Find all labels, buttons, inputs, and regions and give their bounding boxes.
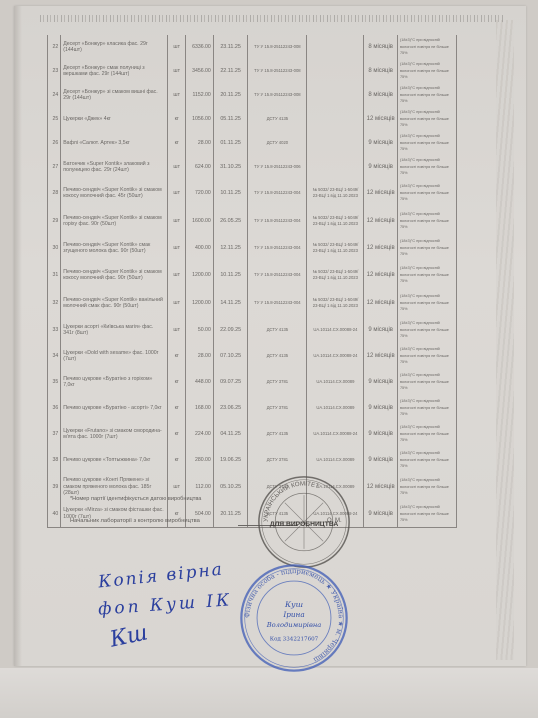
cell-storage-conditions: (18±3)°С при відносній вологості повітря…	[397, 261, 456, 289]
svg-text:ДЛЯ ВИРОБНИЦТВА: ДЛЯ ВИРОБНИЦТВА	[270, 521, 339, 528]
cell-standard: ТУ У 15.8-25112243-004	[248, 207, 307, 235]
cell-shelf-life: 12 місяців	[364, 289, 398, 317]
batch-footnote: *Номер партії ідентифікується датою виро…	[70, 496, 201, 502]
cell-certificate: № 5032/ 23-ВЦ/ 1-5049/ 23-ВЦ/ 1 від 11.1…	[307, 289, 364, 317]
cell-shelf-life: 12 місяців	[364, 207, 398, 235]
cell-standard: ТУ У 15.8-25112243-008	[248, 59, 307, 83]
cell-row-number: 37	[48, 421, 61, 447]
cell-unit: шт	[168, 207, 186, 235]
cell-production-date: 20.11.25	[213, 501, 248, 527]
cell-standard: ТУ У 15.8-25112243-008	[248, 83, 307, 107]
cell-row-number: 29	[48, 207, 61, 235]
cell-row-number: 39	[48, 473, 61, 501]
cell-certificate: UA.10114.CX.00089	[307, 395, 364, 421]
cell-storage-conditions: (18±3)°С при відносній вологості повітря…	[397, 289, 456, 317]
table-row: 37Цукерки «Frutano» зі смаком смородина-…	[48, 421, 457, 447]
cell-unit: шт	[168, 261, 186, 289]
cell-row-number: 22	[48, 35, 61, 59]
cell-storage-conditions: (18±3)°С при відносній вологості повітря…	[397, 155, 456, 179]
table-row: 26Вафлі «Салют. Артек» 3,5кгкг28.0001.11…	[48, 131, 457, 155]
cell-product-name: Печиво цукрове «Топтыжкина» 7,0кг	[61, 447, 168, 473]
cell-standard: ТУ У 15.8-25112243-004	[248, 289, 307, 317]
cell-storage-conditions: (18±3)°С при відносній вологості повітря…	[397, 421, 456, 447]
cell-standard: ДСТУ 4135	[248, 343, 307, 369]
svg-text:УКРАЇНСЬКИЙ КОМІТЕТ: УКРАЇНСЬКИЙ КОМІТЕТ	[262, 480, 320, 522]
cell-shelf-life: 12 місяців	[364, 107, 398, 131]
cell-standard: ДСТУ 4135	[248, 107, 307, 131]
cell-standard: ТУ У 15.8-25112243-004	[248, 179, 307, 207]
cell-shelf-life: 9 місяців	[364, 395, 398, 421]
cell-production-date: 05.11.25	[213, 107, 248, 131]
table-row: 24Десерт «Бонжур» зі смаком вишні фас. 2…	[48, 83, 457, 107]
cell-row-number: 26	[48, 131, 61, 155]
table-row: 28Печиво-сендвіч «Super Kontik» зі смако…	[48, 179, 457, 207]
signature-label: Начальник лабораторії з контролю виробни…	[70, 518, 200, 524]
cell-storage-conditions: (18±3)°С при відносній вологості повітря…	[397, 207, 456, 235]
cell-row-number: 33	[48, 317, 61, 343]
cell-certificate: № 5032/ 23-ВЦ/ 1-5049/ 23-ВЦ/ 1 від 11.1…	[307, 261, 364, 289]
cell-row-number: 34	[48, 343, 61, 369]
background-surface	[0, 668, 538, 718]
cell-unit: шт	[168, 235, 186, 261]
cell-certificate: UA.10114.CX.00089	[307, 369, 364, 395]
cell-storage-conditions: (18±3)°С при відносній вологості повітря…	[397, 369, 456, 395]
cell-quantity: 28.00	[186, 131, 213, 155]
cell-standard: ТУ У 15.8-25112243-004	[248, 261, 307, 289]
cell-certificate	[307, 83, 364, 107]
cell-product-name: Батончик «Super Kontik» злаковий з полун…	[61, 155, 168, 179]
cell-standard: ТУ У 15.8-25112243-004	[248, 235, 307, 261]
cell-quantity: 1600.00	[186, 207, 213, 235]
cell-row-number: 27	[48, 155, 61, 179]
cell-quantity: 720.00	[186, 179, 213, 207]
table-row: 29Печиво-сендвіч «Super Kontik» зі смако…	[48, 207, 457, 235]
cell-unit: кг	[168, 395, 186, 421]
cell-certificate	[307, 35, 364, 59]
cell-storage-conditions: (18±3)°С при відносній вологості повітря…	[397, 235, 456, 261]
cell-quantity: 168.00	[186, 395, 213, 421]
cell-unit: шт	[168, 83, 186, 107]
cell-quantity: 6336.00	[186, 35, 213, 59]
cell-product-name: Печиво цукрове «Буратіно - асорті» 7,0кг	[61, 395, 168, 421]
cell-unit: шт	[168, 155, 186, 179]
cell-shelf-life: 12 місяців	[364, 343, 398, 369]
cell-storage-conditions: (18±3)°С при відносній вологості повітря…	[397, 501, 456, 527]
cell-shelf-life: 9 місяців	[364, 447, 398, 473]
table-row: 35Печиво цукрове «Буратіно з горіхом» 7,…	[48, 369, 457, 395]
cell-product-name: Печиво-сендвіч «Super Kontik» ванільний …	[61, 289, 168, 317]
cell-production-date: 07.10.25	[213, 343, 248, 369]
cell-production-date: 20.11.25	[213, 83, 248, 107]
svg-text:Куш: Куш	[284, 600, 303, 609]
cell-standard: ДСТУ 4135	[248, 421, 307, 447]
cell-production-date: 19.06.25	[213, 447, 248, 473]
cell-shelf-life: 9 місяців	[364, 421, 398, 447]
cell-storage-conditions: (18±3)°С при відносній вологості повітря…	[397, 83, 456, 107]
table-row: 23Десерт «Бонжур» смак полуниці з вершка…	[48, 59, 457, 83]
svg-text:Код 3342217607: Код 3342217607	[270, 636, 319, 642]
cell-quantity: 1056.00	[186, 107, 213, 131]
lab-stamp-icon: УКРАЇНСЬКИЙ КОМІТЕТ ДЛЯ ВИРОБНИЦТВА	[256, 474, 352, 570]
cell-storage-conditions: (18±3)°С при відносній вологості повітря…	[397, 447, 456, 473]
cell-product-name: Десерт «Бонжур» класика фас. 29г (144шт)	[61, 35, 168, 59]
table-row: 22Десерт «Бонжур» класика фас. 29г (144ш…	[48, 35, 457, 59]
cell-unit: шт	[168, 59, 186, 83]
cell-row-number: 25	[48, 107, 61, 131]
cell-unit: кг	[168, 107, 186, 131]
page-edge-shadow	[14, 6, 22, 666]
cell-shelf-life: 9 місяців	[364, 501, 398, 527]
cell-row-number: 38	[48, 447, 61, 473]
cell-production-date: 09.07.25	[213, 369, 248, 395]
fop-stamp-icon: Фізична особа - підприємець ★ Україна ★ …	[238, 562, 350, 674]
cell-standard: ДСТУ 3781	[248, 447, 307, 473]
cell-storage-conditions: (18±3)°С при відносній вологості повітря…	[397, 473, 456, 501]
table-row: 30Печиво-сендвіч «Super Kontik» смак згу…	[48, 235, 457, 261]
cell-row-number: 32	[48, 289, 61, 317]
cell-unit: кг	[168, 369, 186, 395]
cell-production-date: 05.10.25	[213, 473, 248, 501]
cell-shelf-life: 12 місяців	[364, 261, 398, 289]
cell-shelf-life: 8 місяців	[364, 35, 398, 59]
cell-product-name: Цукерки «Frutano» зі смаком смородина-м'…	[61, 421, 168, 447]
cell-standard: ТУ У 15.8-25112243-008	[248, 35, 307, 59]
table-row: 27Батончик «Super Kontik» злаковий з пол…	[48, 155, 457, 179]
cell-unit: кг	[168, 447, 186, 473]
cell-product-name: Цукерки «Джек» 4кг	[61, 107, 168, 131]
cell-certificate	[307, 59, 364, 83]
table-row: 31Печиво-сендвіч «Super Kontik» зі смако…	[48, 261, 457, 289]
cell-product-name: Печиво-сендвіч «Super Kontik» смак згуще…	[61, 235, 168, 261]
cell-storage-conditions: (18±3)°С при відносній вологості повітря…	[397, 35, 456, 59]
table-row: 38Печиво цукрове «Топтыжкина» 7,0кгкг280…	[48, 447, 457, 473]
cell-row-number: 31	[48, 261, 61, 289]
table-row: 36Печиво цукрове «Буратіно - асорті» 7,0…	[48, 395, 457, 421]
cell-production-date: 22.09.25	[213, 317, 248, 343]
cell-standard: ДСТУ 3781	[248, 395, 307, 421]
cell-quantity: 28.00	[186, 343, 213, 369]
cell-quantity: 400.00	[186, 235, 213, 261]
cell-production-date: 26.05.25	[213, 207, 248, 235]
cell-product-name: Десерт «Бонжур» смак полуниці з вершками…	[61, 59, 168, 83]
cell-quantity: 1152.00	[186, 83, 213, 107]
cell-storage-conditions: (18±3)°С при відносній вологості повітря…	[397, 317, 456, 343]
cell-production-date: 12.11.25	[213, 235, 248, 261]
cell-shelf-life: 9 місяців	[364, 155, 398, 179]
cell-row-number: 36	[48, 395, 61, 421]
cell-production-date: 10.11.25	[213, 261, 248, 289]
cell-standard: ДСТУ 4020	[248, 131, 307, 155]
cell-shelf-life: 8 місяців	[364, 83, 398, 107]
cell-row-number: 28	[48, 179, 61, 207]
cell-row-number: 35	[48, 369, 61, 395]
cell-unit: шт	[168, 35, 186, 59]
cell-row-number: 23	[48, 59, 61, 83]
cell-quantity: 1200.00	[186, 261, 213, 289]
table-row: 34Цукерки «Dold with sesame» фас. 1000г …	[48, 343, 457, 369]
cell-storage-conditions: (18±3)°С при відносній вологості повітря…	[397, 395, 456, 421]
cell-standard: ТУ У 15.8-25112243-006	[248, 155, 307, 179]
table-row: 33Цукерки асорті «Київська магія» фас. 3…	[48, 317, 457, 343]
cell-unit: кг	[168, 343, 186, 369]
cell-storage-conditions: (18±3)°С при відносній вологості повітря…	[397, 107, 456, 131]
cell-production-date: 14.11.25	[213, 289, 248, 317]
page-edge-texture	[496, 20, 514, 660]
cell-storage-conditions: (18±3)°С при відносній вологості повітря…	[397, 179, 456, 207]
cell-quantity: 50.00	[186, 317, 213, 343]
cell-unit: шт	[168, 289, 186, 317]
cell-certificate: № 5032/ 23-ВЦ/ 1-5049/ 23-ВЦ/ 1 від 11.1…	[307, 207, 364, 235]
cell-row-number: 24	[48, 83, 61, 107]
cell-quantity: 624.00	[186, 155, 213, 179]
cell-shelf-life: 8 місяців	[364, 59, 398, 83]
cell-product-name: Цукерки асорті «Київська магія» фас. 341…	[61, 317, 168, 343]
cell-shelf-life: 9 місяців	[364, 131, 398, 155]
svg-text:Ірина: Ірина	[282, 610, 304, 619]
cell-product-name: Цукерки «Dold with sesame» фас. 1000г (7…	[61, 343, 168, 369]
cell-shelf-life: 9 місяців	[364, 369, 398, 395]
cell-product-name: Печиво-сендвіч «Super Kontik» зі смаком …	[61, 179, 168, 207]
cell-production-date: 31.10.25	[213, 155, 248, 179]
cell-standard: ДСТУ 4135	[248, 317, 307, 343]
cell-quantity: 224.00	[186, 421, 213, 447]
cell-shelf-life: 12 місяців	[364, 235, 398, 261]
cell-certificate: № 5032/ 23-ВЦ/ 1-5049/ 23-ВЦ/ 1 від 11.1…	[307, 179, 364, 207]
scan-artifact-strip	[40, 15, 505, 22]
cell-quantity: 280.00	[186, 447, 213, 473]
cell-row-number: 40	[48, 501, 61, 527]
cell-certificate	[307, 107, 364, 131]
table-row: 32Печиво-сендвіч «Super Kontik» ванільни…	[48, 289, 457, 317]
cell-product-name: Печиво цукрове «Буратіно з горіхом» 7,0к…	[61, 369, 168, 395]
cell-unit: шт	[168, 179, 186, 207]
cell-product-name: Печиво-сендвіч «Super Kontik» зі смаком …	[61, 207, 168, 235]
cell-unit: шт	[168, 317, 186, 343]
cell-quantity: 448.00	[186, 369, 213, 395]
cell-production-date: 23.11.25	[213, 35, 248, 59]
cell-certificate	[307, 131, 364, 155]
cell-certificate: UA.10114.CX.00089	[307, 447, 364, 473]
cell-standard: ДСТУ 3781	[248, 369, 307, 395]
cell-shelf-life: 12 місяців	[364, 473, 398, 501]
cell-certificate	[307, 155, 364, 179]
cell-product-name: Десерт «Бонжур» зі смаком вишні фас. 29г…	[61, 83, 168, 107]
cell-production-date: 10.11.25	[213, 179, 248, 207]
cell-shelf-life: 12 місяців	[364, 179, 398, 207]
cell-unit: кг	[168, 421, 186, 447]
cell-shelf-life: 9 місяців	[364, 317, 398, 343]
cell-certificate: UA.10114.CX.00088-24	[307, 343, 364, 369]
svg-text:Володимирівна: Володимирівна	[266, 621, 322, 629]
cell-product-name: Вафлі «Салют. Артек» 3,5кг	[61, 131, 168, 155]
cell-production-date: 04.11.25	[213, 421, 248, 447]
cell-quantity: 1200.00	[186, 289, 213, 317]
cell-storage-conditions: (18±3)°С при відносній вологості повітря…	[397, 343, 456, 369]
cell-quantity: 3456.00	[186, 59, 213, 83]
cell-row-number: 30	[48, 235, 61, 261]
cell-product-name: Печиво-сендвіч «Super Kontik» зі смаком …	[61, 261, 168, 289]
cell-unit: кг	[168, 131, 186, 155]
cell-certificate: UA.10114.CX.00088-24	[307, 317, 364, 343]
cell-certificate: № 5032/ 23-ВЦ/ 1-5049/ 23-ВЦ/ 1 від 11.1…	[307, 235, 364, 261]
cell-storage-conditions: (18±3)°С при відносній вологості повітря…	[397, 131, 456, 155]
cell-production-date: 01.11.25	[213, 131, 248, 155]
cell-certificate: UA.10114.CX.00088-24	[307, 421, 364, 447]
product-table: 22Десерт «Бонжур» класика фас. 29г (144ш…	[47, 35, 457, 528]
cell-storage-conditions: (18±3)°С при відносній вологості повітря…	[397, 59, 456, 83]
cell-production-date: 22.11.25	[213, 59, 248, 83]
cell-production-date: 23.06.25	[213, 395, 248, 421]
table-row: 25Цукерки «Джек» 4кгкг1056.0005.11.25ДСТ…	[48, 107, 457, 131]
